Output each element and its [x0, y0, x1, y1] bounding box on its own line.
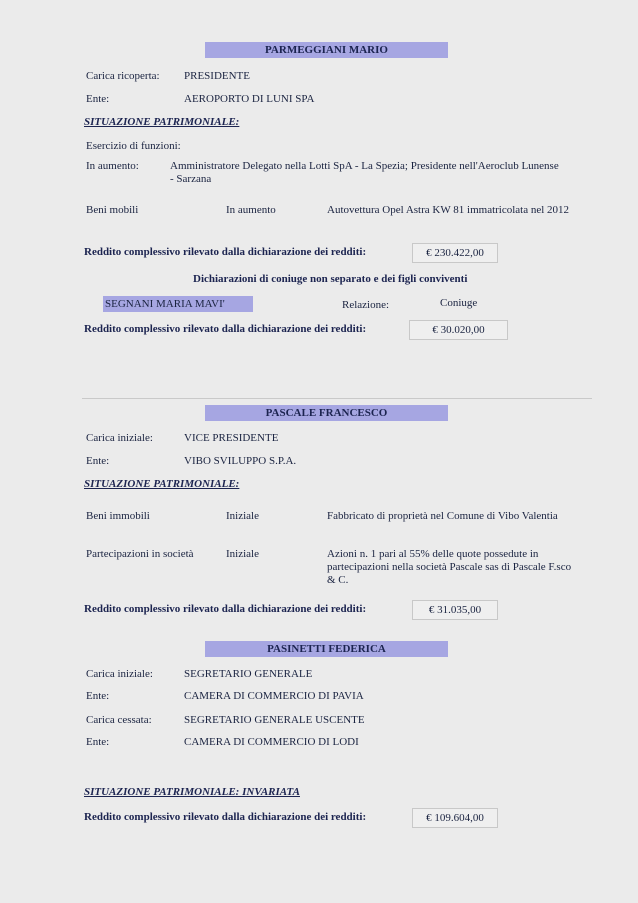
reddito-value: € 109.604,00 [412, 808, 498, 828]
role-value: PRESIDENTE [184, 70, 250, 82]
person-name-header: PARMEGGIANI MARIO [205, 42, 448, 58]
beni-status: In aumento [226, 204, 276, 216]
beni-description: Azioni n. 1 pari al 55% delle quote poss… [327, 548, 582, 587]
beni-status: Iniziale [226, 548, 259, 560]
ente-label: Ente: [86, 93, 109, 105]
situazione-heading: SITUAZIONE PATRIMONIALE: INVARIATA [84, 786, 300, 798]
relazione-value: Coniuge [440, 297, 477, 309]
role-label: Carica iniziale: [86, 432, 153, 444]
beni-category: Partecipazioni in società [86, 548, 194, 560]
coniuge-name: SEGNANI MARIA MAVI' [103, 296, 253, 312]
ente-label: Ente: [86, 690, 109, 702]
ente-label: Ente: [86, 455, 109, 467]
reddito-value: € 31.035,00 [412, 600, 498, 620]
ente-value: CAMERA DI COMMERCIO DI LODI [184, 736, 359, 748]
ente-value: CAMERA DI COMMERCIO DI PAVIA [184, 690, 364, 702]
aumento-label: In aumento: [86, 160, 139, 172]
person-name-header: PASCALE FRANCESCO [205, 405, 448, 421]
ente-value: AEROPORTO DI LUNI SPA [184, 93, 314, 105]
coniuge-reddito-label: Reddito complessivo rilevato dalla dichi… [84, 323, 366, 335]
coniuge-heading: Dichiarazioni di coniuge non separato e … [193, 273, 467, 285]
beni-category: Beni immobili [86, 510, 150, 522]
reddito-label: Reddito complessivo rilevato dalla dichi… [84, 811, 366, 823]
esercizio-label: Esercizio di funzioni: [86, 140, 181, 152]
relazione-label: Relazione: [342, 299, 389, 311]
cessata-label: Carica cessata: [86, 714, 152, 726]
beni-description: Autovettura Opel Astra KW 81 immatricola… [327, 204, 572, 217]
beni-category: Beni mobili [86, 204, 138, 216]
reddito-label: Reddito complessivo rilevato dalla dichi… [84, 603, 366, 615]
situazione-heading: SITUAZIONE PATRIMONIALE: [84, 478, 239, 490]
reddito-value: € 230.422,00 [412, 243, 498, 263]
aumento-value: Amministratore Delegato nella Lotti SpA … [170, 160, 560, 186]
cessata-value: SEGRETARIO GENERALE USCENTE [184, 714, 365, 726]
person-name-header: PASINETTI FEDERICA [205, 641, 448, 657]
ente-label: Ente: [86, 736, 109, 748]
role-label: Carica iniziale: [86, 668, 153, 680]
section-divider [82, 398, 592, 399]
role-label: Carica ricoperta: [86, 70, 160, 82]
role-value: SEGRETARIO GENERALE [184, 668, 312, 680]
role-value: VICE PRESIDENTE [184, 432, 278, 444]
beni-description: Fabbricato di proprietà nel Comune di Vi… [327, 510, 572, 523]
coniuge-reddito-value: € 30.020,00 [409, 320, 508, 340]
reddito-label: Reddito complessivo rilevato dalla dichi… [84, 246, 366, 258]
situazione-heading: SITUAZIONE PATRIMONIALE: [84, 116, 239, 128]
ente-value: VIBO SVILUPPO S.P.A. [184, 455, 296, 467]
beni-status: Iniziale [226, 510, 259, 522]
